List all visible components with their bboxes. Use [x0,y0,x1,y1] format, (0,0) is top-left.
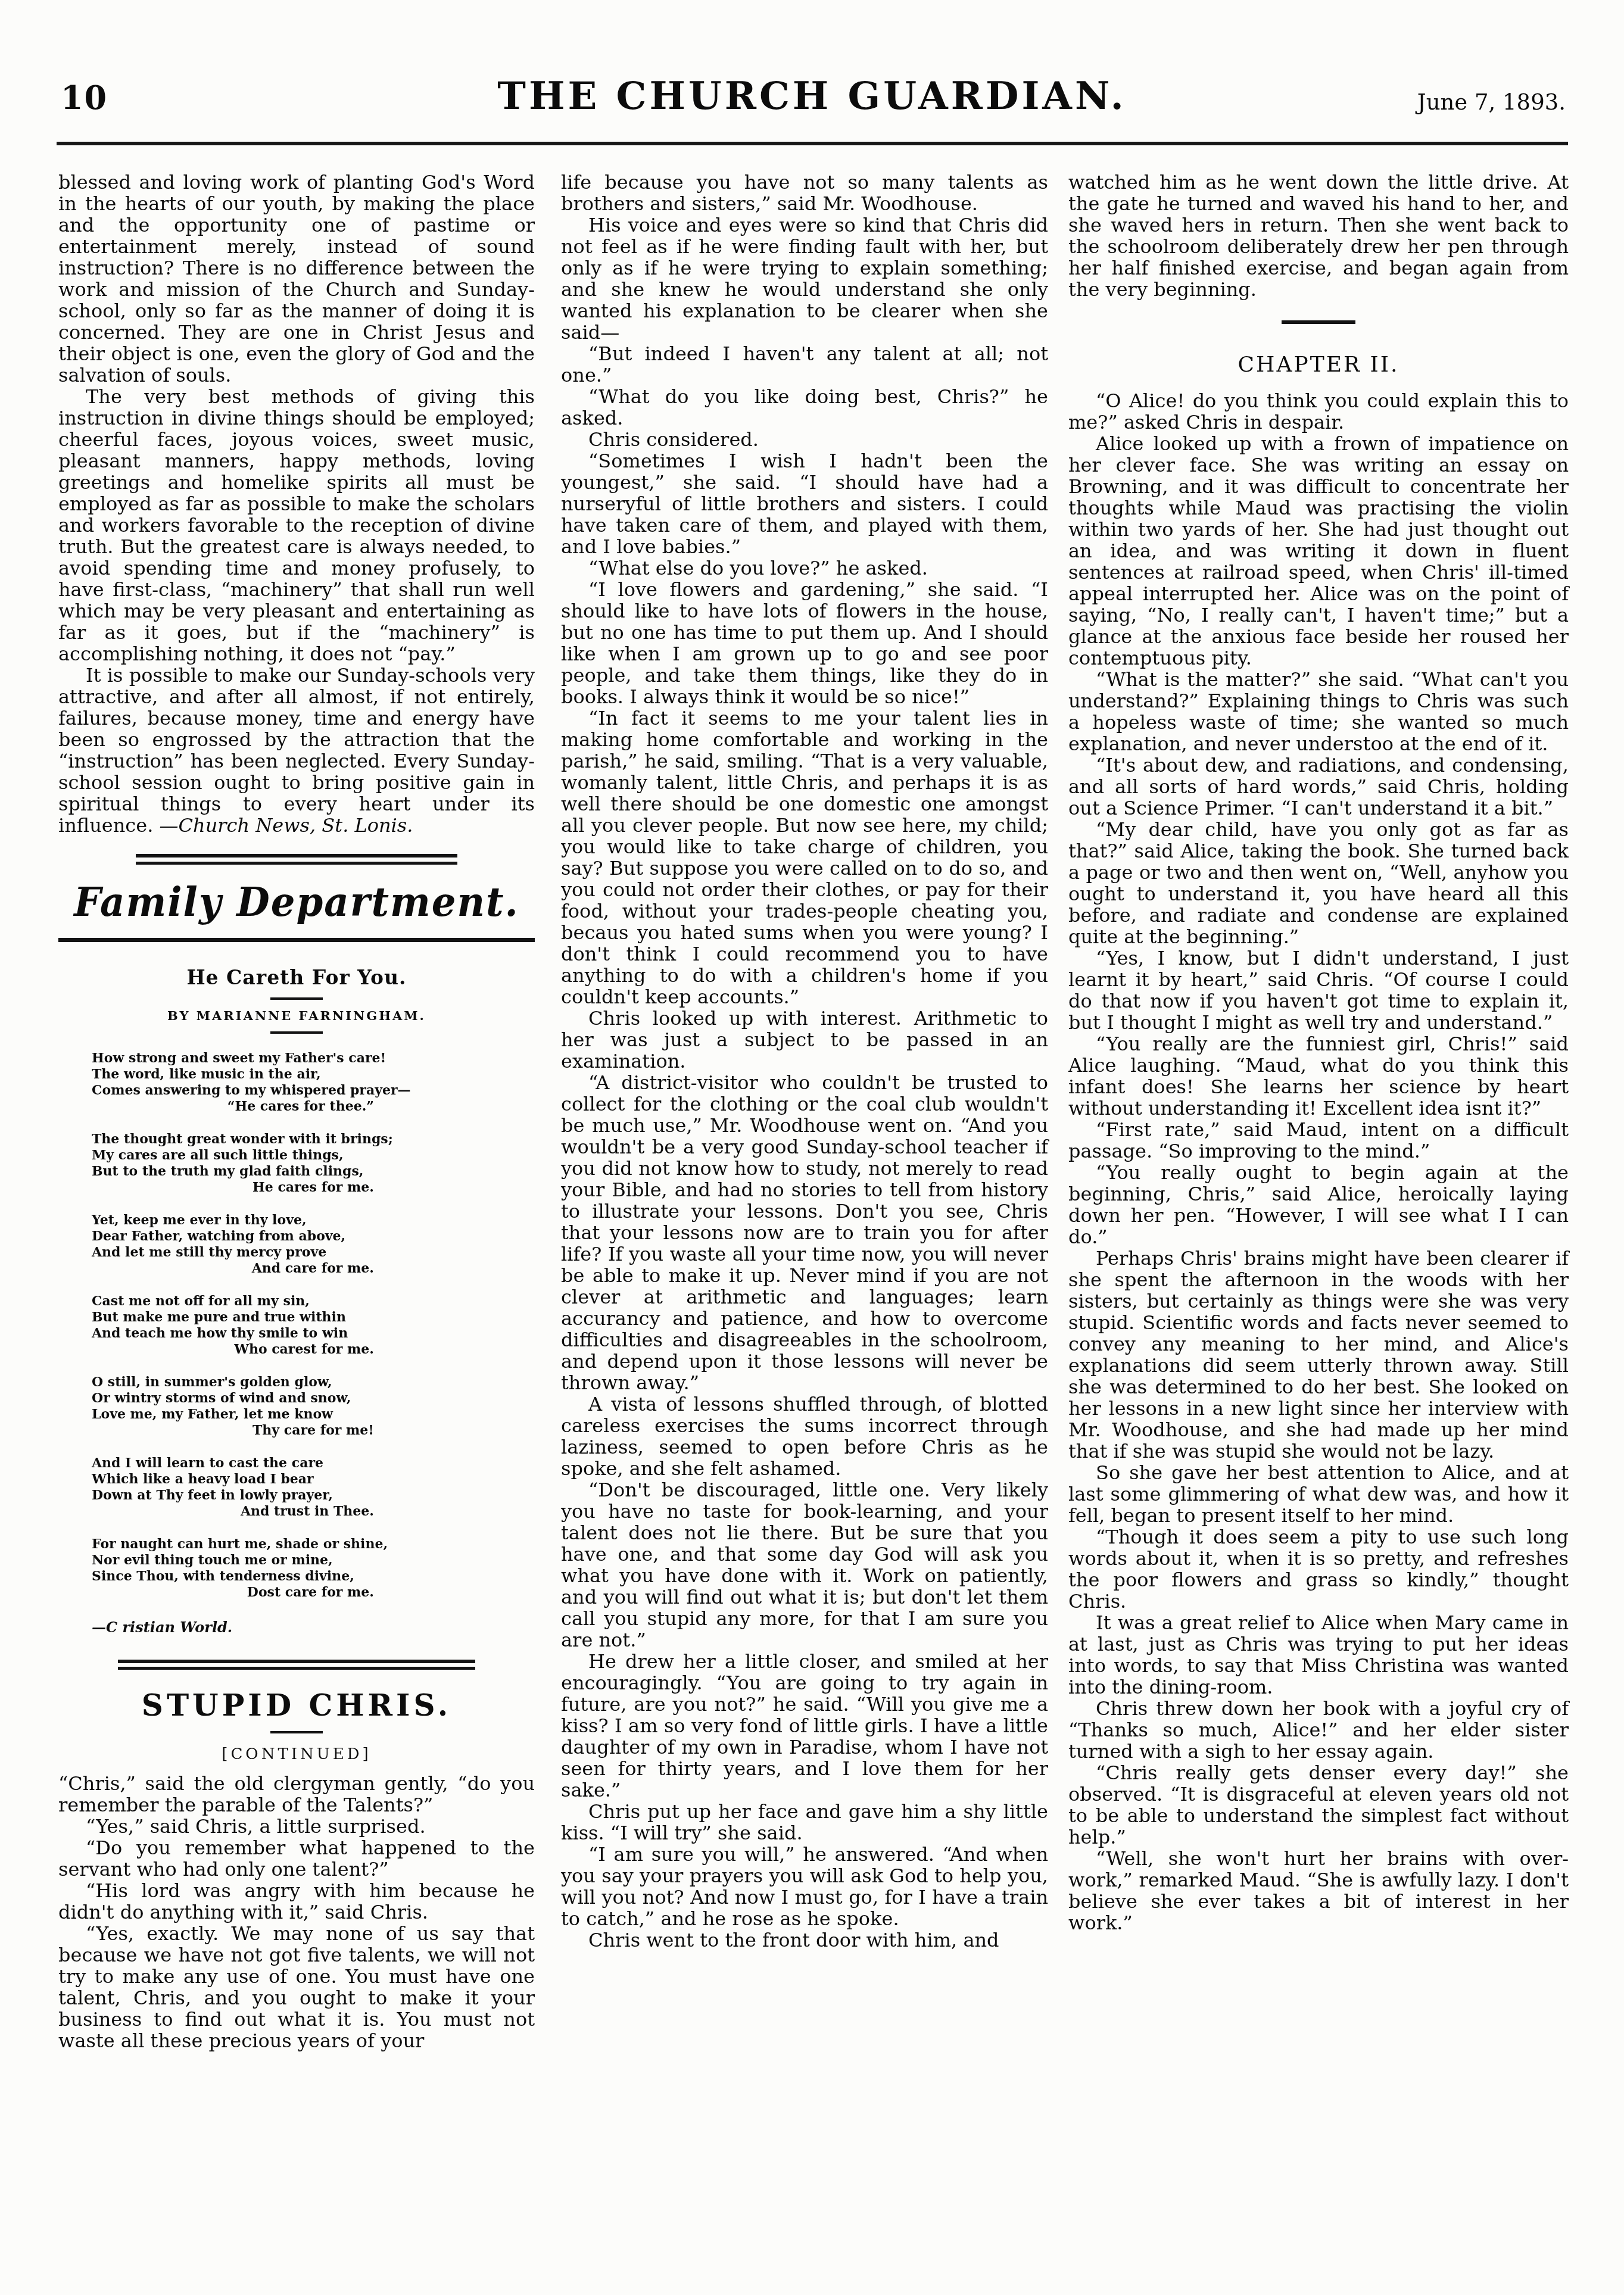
poem-byline: BY MARIANNE FARNINGHAM. [58,1008,535,1023]
paragraph: Alice looked up with a frown of impatien… [1068,433,1569,669]
paragraph: “It's about dew, and radiations, and con… [1068,754,1569,819]
paragraph: Chris considered. [561,429,1048,450]
poem-refrain: Who carest for me. [92,1342,389,1358]
poem-line: The word, like music in the air, [92,1067,389,1083]
paragraph: “Yes,” said Chris, a little surprised. [58,1816,535,1837]
paragraph: “Though it does seem a pity to use such … [1068,1526,1569,1612]
poem-line: But make me pure and true within [92,1309,389,1326]
poem-stanza: How strong and sweet my Father's care! T… [92,1050,389,1115]
poem-stanza: The thought great wonder with it brings;… [92,1131,389,1196]
story-continued-note: [CONTINUED] [58,1745,535,1763]
paragraph: life because you have not so many talent… [561,171,1048,214]
paragraph: Perhaps Chris' brains might have been cl… [1068,1248,1569,1462]
paragraph: watched him as he went down the little d… [1068,171,1569,300]
paragraph: “What else do you love?” he asked. [561,557,1048,579]
ornament-rule [270,1031,323,1034]
poem-line: For naught can hurt me, shade or shine, [92,1536,389,1552]
poem-line: And let me still thy mercy prove [92,1245,389,1261]
poem-line: The thought great wonder with it brings; [92,1131,389,1147]
poem-line: And teach me how thy smile to win [92,1326,389,1342]
story-title: STUPID CHRIS. [58,1688,535,1723]
paragraph: Chris threw down her book with a joyful … [1068,1698,1569,1762]
section-divider-double-rule [136,854,457,865]
paragraph: blessed and loving work of planting God'… [58,171,535,386]
paragraph: Chris looked up with interest. Arithmeti… [561,1008,1048,1072]
poem-line: Comes answering to my whispered prayer— [92,1083,389,1099]
poem-title: He Careth For You. [58,966,535,989]
paragraph: His voice and eyes were so kind that Chr… [561,214,1048,343]
paragraph: “Don't be discouraged, little one. Very … [561,1479,1048,1651]
section-underline-rule [58,938,535,942]
paragraph: “Chris,” said the old clergyman gently, … [58,1773,535,1816]
paragraph: “A district-visitor who couldn't be trus… [561,1072,1048,1393]
poem-stanza: Cast me not off for all my sin, But make… [92,1293,389,1358]
paragraph: It is possible to make our Sunday-school… [58,665,535,836]
paragraph: “You really are the funniest girl, Chris… [1068,1033,1569,1119]
poem-line: Dear Father, watching from above, [92,1228,389,1245]
poem-line: Love me, my Father, let me know [92,1407,389,1423]
paragraph: “Yes, exactly. We may none of us say tha… [58,1923,535,2051]
poem-stanza: For naught can hurt me, shade or shine, … [92,1536,389,1601]
poem-refrain: Dost care for me. [92,1585,389,1601]
poem-line: O still, in summer's golden glow, [92,1374,389,1390]
paragraph: Chris went to the front door with him, a… [561,1929,1048,1951]
paragraph: “Chris really gets denser every day!” sh… [1068,1762,1569,1848]
poem-refrain: Thy care for me! [92,1423,389,1439]
ornament-rule [270,1731,323,1733]
poem-refrain: He cares for me. [92,1180,389,1196]
poem-line: Down at Thy feet in lowly prayer, [92,1488,389,1504]
paragraph: The very best methods of giving this ins… [58,386,535,665]
paragraph-text: It is possible to make our Sunday-school… [58,664,535,837]
poem-line: Cast me not off for all my sin, [92,1293,389,1309]
poem-line: How strong and sweet my Father's care! [92,1050,389,1067]
section-title-family-department: Family Department. [58,879,535,927]
column-2: life because you have not so many talent… [561,171,1048,1951]
column-1: blessed and loving work of planting God'… [58,171,535,2051]
paragraph: “Do you remember what happened to the se… [58,1837,535,1880]
paragraph: So she gave her best attention to Alice,… [1068,1462,1569,1526]
paragraph: “You really ought to begin again at the … [1068,1162,1569,1248]
paragraph: A vista of lessons shuffled through, of … [561,1393,1048,1479]
paragraph: “O Alice! do you think you could explain… [1068,390,1569,433]
paragraph: “Sometimes I wish I hadn't been the youn… [561,450,1048,557]
paragraph: “Well, she won't hurt her brains with ov… [1068,1848,1569,1934]
poem-line: Yet, keep me ever in thy love, [92,1212,389,1228]
issue-date: June 7, 1893. [1417,89,1566,115]
paragraph: “I love flowers and gardening,” she said… [561,579,1048,707]
column-3: watched him as he went down the little d… [1068,171,1569,1934]
paragraph: “My dear child, have you only got as far… [1068,819,1569,947]
poem-line: Or wintry storms of wind and snow, [92,1390,389,1407]
paragraph: “In fact it seems to me your talent lies… [561,707,1048,1008]
paragraph: “What is the matter?” she said. “What ca… [1068,669,1569,754]
ornament-rule [270,997,323,1000]
poem-refrain: And trust in Thee. [92,1504,389,1520]
poem-line: But to the truth my glad faith clings, [92,1164,389,1180]
paragraph: “Yes, I know, but I didn't understand, I… [1068,947,1569,1033]
article-source: —Church News, St. Lonis. [160,814,413,837]
poem-refrain: And care for me. [92,1261,389,1277]
poem-line: Which like a heavy load I bear [92,1471,389,1488]
header-rule [57,142,1568,145]
poem-attribution: —C ristian World. [92,1619,389,1636]
poem-line: And I will learn to cast the care [92,1455,389,1471]
poem-line: Since Thou, with tenderness divine, [92,1569,389,1585]
paragraph: Chris put up her face and gave him a shy… [561,1801,1048,1844]
poem-stanza: O still, in summer's golden glow, Or win… [92,1374,389,1439]
story-divider-double-rule [118,1660,475,1670]
paragraph: “But indeed I haven't any talent at all;… [561,343,1048,386]
newspaper-page: 10 THE CHURCH GUARDIAN. June 7, 1893. bl… [0,0,1624,2295]
poem-line: My cares are all such little things, [92,1147,389,1164]
masthead-title: THE CHURCH GUARDIAN. [0,74,1624,119]
paragraph: “What do you like doing best, Chris?” he… [561,386,1048,429]
paragraph: “His lord was angry with him because he … [58,1880,535,1923]
poem-stanza: Yet, keep me ever in thy love, Dear Fath… [92,1212,389,1277]
paragraph: “I am sure you will,” he answered. “And … [561,1844,1048,1929]
paragraph: It was a great relief to Alice when Mary… [1068,1612,1569,1698]
poem: How strong and sweet my Father's care! T… [92,1050,389,1636]
chapter-title: CHAPTER II. [1068,353,1569,377]
poem-stanza: And I will learn to cast the care Which … [92,1455,389,1520]
paragraph: He drew her a little closer, and smiled … [561,1651,1048,1801]
paragraph: “First rate,” said Maud, intent on a dif… [1068,1119,1569,1162]
chapter-separator-rule [1282,320,1355,324]
poem-line: Nor evil thing touch me or mine, [92,1552,389,1569]
poem-refrain: “He cares for thee.” [92,1099,389,1115]
